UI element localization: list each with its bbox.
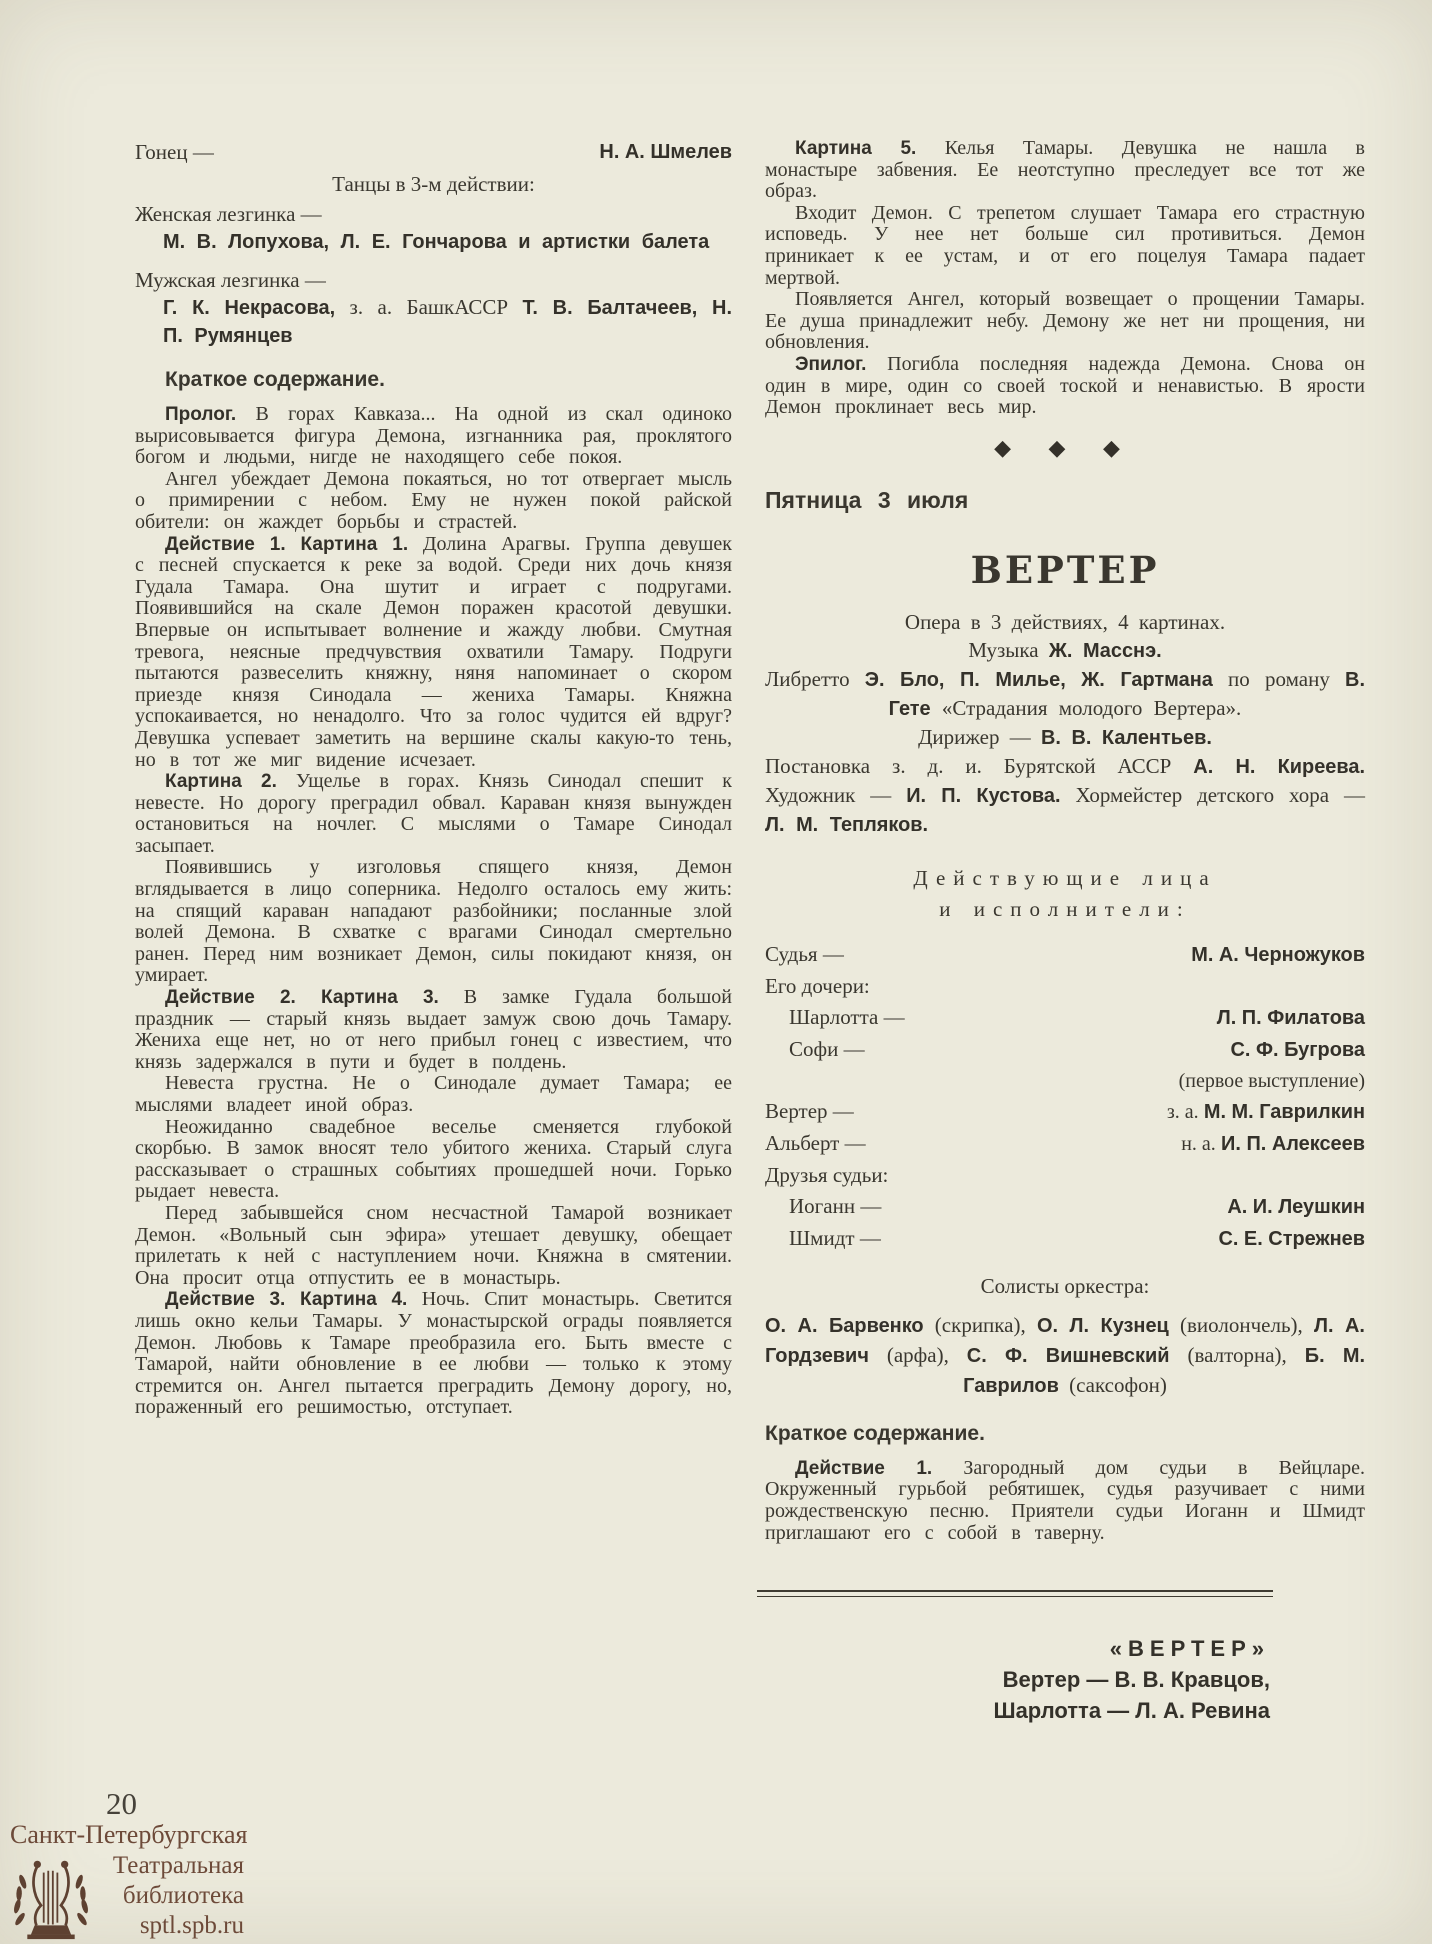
photo-caption-block: «ВЕРТЕР» Вертер — В. В. Кравцов, Шарлотт… bbox=[765, 1633, 1270, 1726]
performance-date-heading: Пятница 3 июля bbox=[765, 487, 1365, 514]
cast-heading-line1: Действующие лица bbox=[765, 863, 1365, 894]
performer-name: И. П. Алексеев bbox=[1221, 1133, 1365, 1155]
synopsis-heading: Краткое содержание. bbox=[765, 1422, 1365, 1446]
cast-row: Гонец — Н. А. Шмелев bbox=[135, 138, 732, 166]
synopsis-paragraph: Перед забывшейся сном несчастной Тамарой… bbox=[135, 1203, 732, 1289]
synopsis-paragraph: Ангел убеждает Демона покаяться, но тот … bbox=[135, 469, 732, 534]
synopsis-paragraph: Появляется Ангел, который возвещает о пр… bbox=[765, 289, 1365, 354]
performer-name: А. И. Леушкин bbox=[1227, 1196, 1365, 1218]
performer-name: М. М. Гаврилкин bbox=[1204, 1101, 1365, 1123]
stamp-line: Театральная bbox=[92, 1851, 244, 1881]
cast-row: Судья — М. А. Черножуков bbox=[765, 939, 1365, 971]
cast-row: Альберт — н. а. И. П. Алексеев bbox=[765, 1128, 1365, 1160]
cast-row: Софи — С. Ф. Бугрова bbox=[765, 1034, 1365, 1066]
cast-row: Шарлотта — Л. П. Филатова bbox=[765, 1002, 1365, 1034]
performer-names: М. В. Лопухова, Л. Е. Гончарова и артист… bbox=[163, 231, 709, 253]
cast-heading: Действующие лица и исполнители: bbox=[765, 863, 1365, 925]
synopsis-paragraph: Действие 1. Картина 1. Долина Арагвы. Гр… bbox=[135, 534, 732, 772]
paragraph-lead: Картина 5. bbox=[795, 138, 916, 159]
male-dance-role: Мужская лезгинка — bbox=[135, 266, 732, 294]
role-label: Иоганн — bbox=[765, 1191, 881, 1223]
cast-heading-line2: и исполнители: bbox=[765, 894, 1365, 925]
performer-name: Л. П. Филатова bbox=[1217, 1007, 1365, 1029]
synopsis-paragraph: Пролог. В горах Кавказа... На одной из с… bbox=[135, 404, 732, 469]
page-number: 20 bbox=[106, 1786, 137, 1822]
role-label: Шарлотта — bbox=[765, 1002, 905, 1034]
music-credit-line: Музыка Ж. Масснэ. bbox=[765, 636, 1365, 665]
double-rule-divider bbox=[757, 1590, 1273, 1597]
honorific-prefix: н. а. bbox=[1181, 1133, 1216, 1155]
role-label: Альберт — bbox=[765, 1128, 866, 1160]
role-label: Шмидт — bbox=[765, 1223, 881, 1255]
paragraph-lead: Пролог. bbox=[165, 404, 236, 425]
role-label: Гонец — bbox=[135, 138, 214, 166]
synopsis-paragraph: Картина 5. Келья Тамары. Девушка не нашл… bbox=[765, 138, 1365, 203]
soloists-heading: Солисты оркестра: bbox=[765, 1271, 1365, 1301]
paragraph-lead: Действие 2. Картина 3. bbox=[165, 987, 439, 1008]
role-label: Друзья судьи: bbox=[765, 1160, 888, 1191]
performer-name: М. А. Черножуков bbox=[1191, 944, 1365, 966]
diamond-divider-icon: ◆ ◆ ◆ bbox=[765, 435, 1365, 461]
synopsis-paragraph: Неожиданно свадебное веселье сменяется г… bbox=[135, 1117, 732, 1203]
paragraph-lead: Действие 1. bbox=[795, 1458, 932, 1479]
male-dance-performers: Г. К. Некрасова, з. а. БашкАССР Т. В. Ба… bbox=[163, 294, 732, 350]
caption-title: «ВЕРТЕР» bbox=[765, 1633, 1270, 1664]
paragraph-lead: Действие 1. Картина 1. bbox=[165, 534, 408, 555]
lyre-icon bbox=[10, 1852, 92, 1944]
orchestra-soloists: О. А. Барвенко (скрипка), О. Л. Кузнец (… bbox=[765, 1311, 1365, 1401]
right-column: Картина 5. Келья Тамары. Девушка не нашл… bbox=[765, 138, 1365, 1726]
synopsis-paragraph: Картина 2. Ущелье в горах. Князь Синодал… bbox=[135, 771, 732, 857]
first-performance-note: (первое выступление) bbox=[765, 1066, 1365, 1096]
synopsis-paragraph: Действие 3. Картина 4. Ночь. Спит монаст… bbox=[135, 1289, 732, 1419]
stamp-line: библиотека bbox=[92, 1881, 244, 1911]
synopsis-paragraph: Эпилог. Погибла последняя надежда Демона… bbox=[765, 354, 1365, 419]
synopsis-paragraph: Входит Демон. С трепетом слушает Тамара … bbox=[765, 203, 1365, 289]
conductor-credit-line: Дирижер — В. В. Калентьев. bbox=[765, 723, 1365, 752]
female-dance-role: Женская лезгинка — bbox=[135, 200, 732, 228]
synopsis-paragraph: Действие 2. Картина 3. В замке Гудала бо… bbox=[135, 987, 732, 1073]
cast-group-label: Его дочери: bbox=[765, 971, 1365, 1002]
stamp-line: Санкт-Петербургская bbox=[10, 1820, 244, 1850]
synopsis-heading: Краткое содержание. bbox=[135, 368, 732, 392]
role-label: Софи — bbox=[765, 1034, 865, 1066]
left-column: Гонец — Н. А. Шмелев Танцы в 3-м действи… bbox=[135, 138, 732, 1419]
library-stamp: Санкт-Петербургская bbox=[10, 1820, 244, 1944]
paragraph-lead: Эпилог. bbox=[795, 354, 866, 375]
synopsis-paragraph: Действие 1. Загородный дом судьи в Вейцл… bbox=[765, 1458, 1365, 1544]
opera-form-line: Опера в 3 действиях, 4 картинах. bbox=[765, 608, 1365, 636]
stamp-url: sptl.spb.ru bbox=[92, 1911, 244, 1941]
paragraph-lead: Действие 3. Картина 4. bbox=[165, 1289, 407, 1310]
female-dance-performers: М. В. Лопухова, Л. Е. Гончарова и артист… bbox=[163, 228, 732, 256]
cast-group-label: Друзья судьи: bbox=[765, 1160, 1365, 1191]
cast-row: Иоганн — А. И. Леушкин bbox=[765, 1191, 1365, 1223]
performer-name: Н. А. Шмелев bbox=[599, 138, 732, 166]
performer-name: С. Е. Стрежнев bbox=[1218, 1228, 1365, 1250]
caption-line: Шарлотта — Л. А. Ревина bbox=[765, 1695, 1270, 1726]
libretto-credit: Либретто Э. Бло, П. Милье, Ж. Гартмана п… bbox=[765, 665, 1365, 723]
performer-name: С. Ф. Бугрова bbox=[1231, 1039, 1365, 1061]
role-label: Вертер — bbox=[765, 1096, 854, 1128]
role-label: Судья — bbox=[765, 939, 844, 971]
caption-line: Вертер — В. В. Кравцов, bbox=[765, 1664, 1270, 1695]
cast-row: Вертер — з. а. М. М. Гаврилкин bbox=[765, 1096, 1365, 1128]
opera-title: ВЕРТЕР bbox=[765, 548, 1365, 592]
synopsis-paragraph: Появившись у изголовья спящего князя, Де… bbox=[135, 857, 732, 987]
staging-credit: Постановка з. д. и. Бурятской АССР А. Н.… bbox=[765, 752, 1365, 839]
dances-heading: Танцы в 3-м действии: bbox=[135, 170, 732, 198]
cast-row: Шмидт — С. Е. Стрежнев bbox=[765, 1223, 1365, 1255]
synopsis-paragraph: Невеста грустна. Не о Синодале думает Та… bbox=[135, 1073, 732, 1116]
role-label: Его дочери: bbox=[765, 971, 870, 1002]
cast-list: Судья — М. А. Черножуков Его дочери: Шар… bbox=[765, 939, 1365, 1255]
honorific-prefix: з. а. bbox=[1167, 1101, 1199, 1123]
paragraph-lead: Картина 2. bbox=[165, 771, 277, 792]
scanned-program-page: Гонец — Н. А. Шмелев Танцы в 3-м действи… bbox=[0, 0, 1432, 1944]
